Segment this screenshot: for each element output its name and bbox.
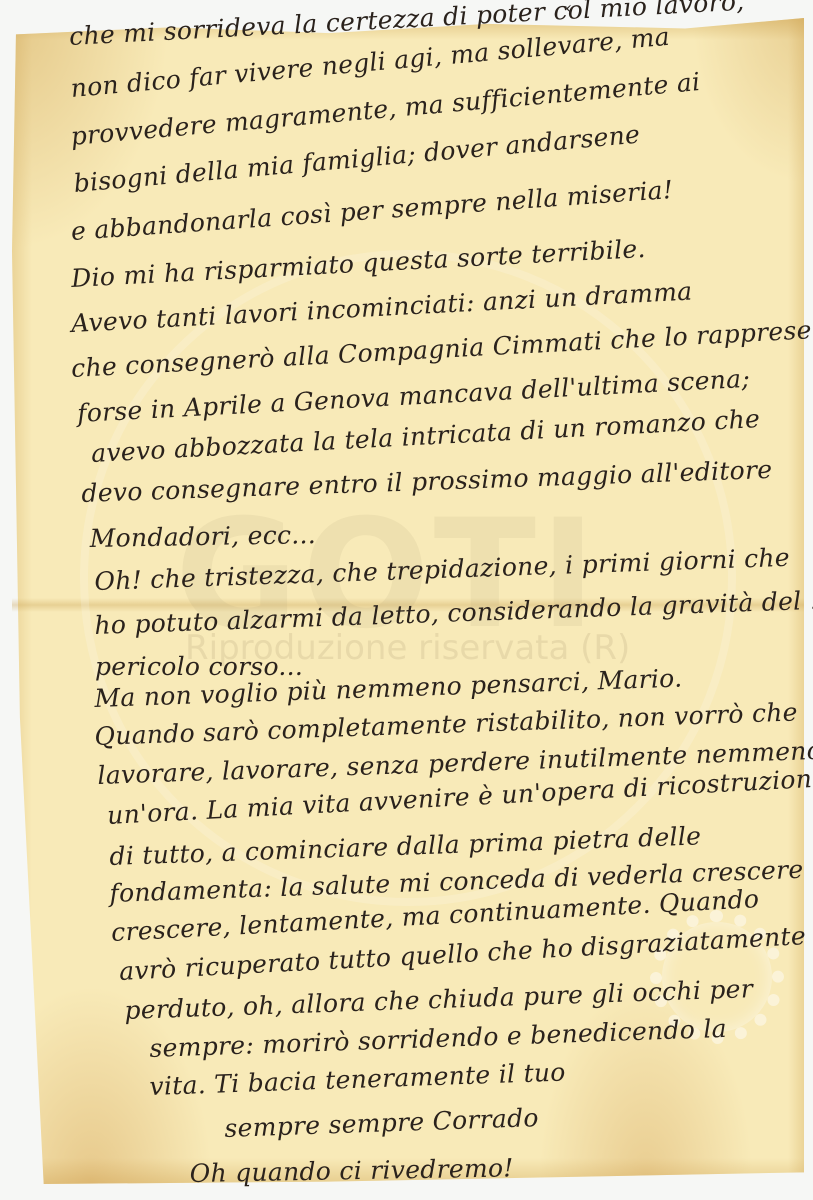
- handwritten-text-body: che mi sorrideva la certezza di poter co…: [0, 0, 813, 1200]
- letter-line: vita. Ti bacia teneramente il tuo: [149, 1057, 566, 1101]
- letter-line: ho potuto alzarmi da letto, considerando…: [94, 585, 813, 640]
- letter-line: Mondadori, ecc...: [89, 520, 316, 553]
- letter-line: Oh quando ci rivedremo!: [189, 1153, 513, 1188]
- letter-line: sempre sempre Corrado: [224, 1103, 539, 1143]
- letter-line: sempre: morirò sorridendo e benedicendo …: [149, 1014, 727, 1063]
- letter-line: pericolo corso...: [95, 652, 303, 681]
